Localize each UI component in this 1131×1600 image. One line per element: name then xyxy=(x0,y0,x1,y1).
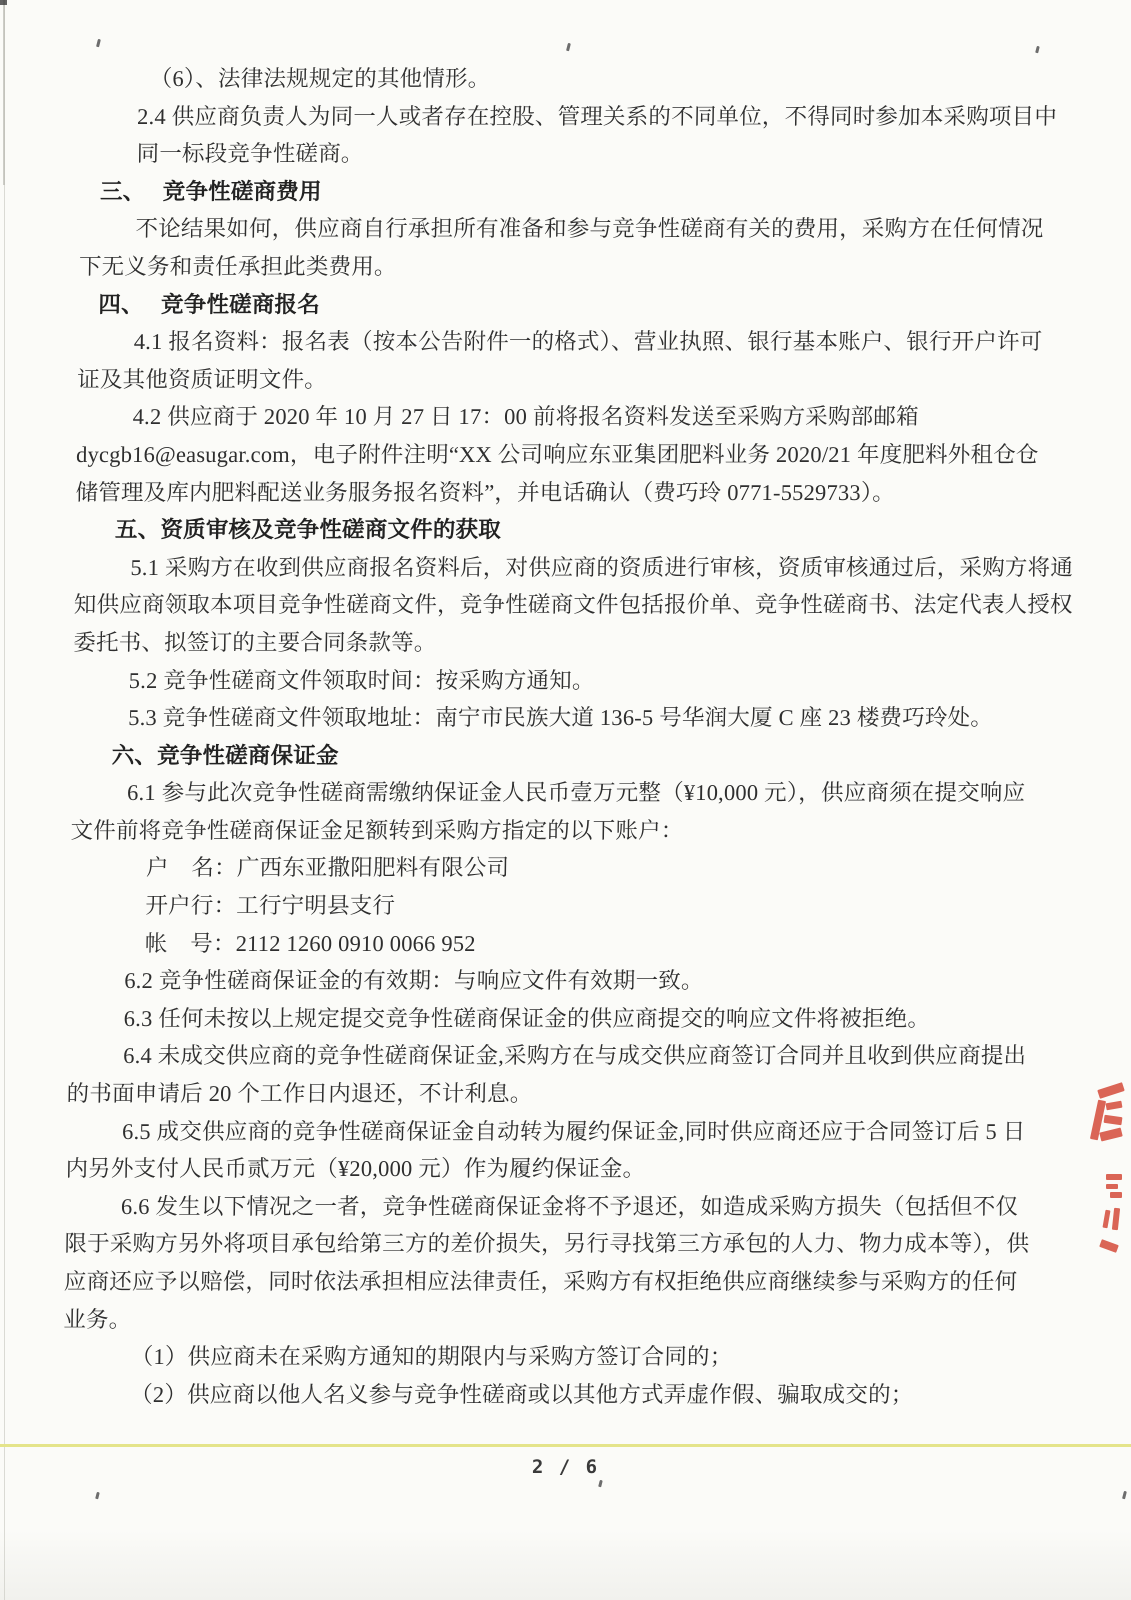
text-line: 开户行：工行宁明县支行 xyxy=(69,887,1075,925)
text-line: （1）供应商未在采购方通知的期限内与采购方签订合同的； xyxy=(62,1338,1068,1376)
text-line: 4.1 报名资料：报名表（按本公告附件一的格式）、营业执照、银行基本账户、银行开… xyxy=(78,323,1084,361)
text-line: 6.5 成交供应商的竞争性磋商保证金自动转为履约保证金,同时供应商还应于合同签订… xyxy=(66,1113,1072,1151)
scanned-document-page: { "page": { "number_label": "2 / 6", "fo… xyxy=(0,0,1131,1600)
scan-speck xyxy=(1035,46,1040,54)
scan-left-edge xyxy=(4,0,5,1600)
text-line: 同一标段竞争性磋商。 xyxy=(80,135,1086,173)
text-line: 应商还应予以赔偿，同时依法承担相应法律责任，采购方有权拒绝供应商继续参与采购方的… xyxy=(64,1263,1070,1301)
text-line: （2）供应商以他人名义参与竞争性磋商或以其他方式弄虚作假、骗取成交的； xyxy=(62,1376,1068,1414)
text-line: 5.1 采购方在收到供应商报名资料后，对供应商的资质进行审核，资质审核通过后，采… xyxy=(74,549,1080,587)
scan-speck xyxy=(96,39,101,47)
document-text-block: （6）、法律法规规定的其他情形。2.4 供应商负责人为同一人或者存在控股、管理关… xyxy=(62,60,1087,1413)
scan-left-edge-dark xyxy=(3,0,5,185)
text-line: 业务。 xyxy=(63,1301,1069,1339)
text-line: 知供应商领取本项目竞争性磋商文件，竞争性磋商文件包括报价单、竞争性磋商书、法定代… xyxy=(74,586,1080,624)
text-line: 证及其他资质证明文件。 xyxy=(77,361,1083,399)
scan-bottom-texture xyxy=(0,1530,1131,1600)
scan-speck xyxy=(598,1480,603,1488)
text-line: 2.4 供应商负责人为同一人或者存在控股、管理关系的不同单位，不得同时参加本采购… xyxy=(81,98,1087,136)
text-line: 6.1 参与此次竞争性磋商需缴纳保证金人民币壹万元整（¥10,000 元），供应… xyxy=(71,774,1077,812)
text-line: 下无义务和责任承担此类费用。 xyxy=(79,248,1085,286)
text-line: 四、 竞争性磋商报名 xyxy=(78,286,1084,324)
text-line: 五、资质审核及竞争性磋商文件的获取 xyxy=(75,511,1081,549)
text-line: 5.3 竞争性磋商文件领取地址：南宁市民族大道 136-5 号华润大厦 C 座 … xyxy=(72,699,1078,737)
text-line: 限于采购方另外将项目承包给第三方的差价损失，另行寻找第三方承包的人力、物力成本等… xyxy=(64,1225,1070,1263)
text-line: 三、 竞争性磋商费用 xyxy=(80,173,1086,211)
text-line: 6.4 未成交供应商的竞争性磋商保证金,采购方在与成交供应商签订合同并且收到供应… xyxy=(67,1037,1073,1075)
text-line: 4.2 供应商于 2020 年 10 月 27 日 17：00 前将报名资料发送… xyxy=(76,398,1082,436)
text-line: 的书面申请后 20 个工作日内退还，不计利息。 xyxy=(66,1075,1072,1113)
text-line: 不论结果如何，供应商自行承担所有准备和参与竞争性磋商有关的费用，采购方在任何情况 xyxy=(79,210,1085,248)
text-line: 5.2 竞争性磋商文件领取时间：按采购方通知。 xyxy=(73,662,1079,700)
text-line: 户 名：广西东亚撒阳肥料有限公司 xyxy=(70,849,1076,887)
scan-speck xyxy=(95,1492,100,1500)
text-line: 内另外支付人民币贰万元（¥20,000 元）作为履约保证金。 xyxy=(65,1150,1071,1188)
red-stamp-fragment xyxy=(1080,1078,1131,1258)
text-line: 6.2 竞争性磋商保证金的有效期：与响应文件有效期一致。 xyxy=(68,962,1074,1000)
scan-speck xyxy=(566,43,571,51)
text-line: 委托书、拟签订的主要合同条款等。 xyxy=(73,624,1079,662)
text-line: dycgb16@easugar.com，电子附件注明“XX 公司响应东亚集团肥料… xyxy=(76,436,1082,474)
text-line: 帐 号：2112 1260 0910 0066 952 xyxy=(69,925,1075,963)
scan-speck xyxy=(1122,1491,1127,1499)
text-line: 6.6 发生以下情况之一者，竞争性磋商保证金将不予退还，如造成采购方损失（包括但… xyxy=(65,1188,1071,1226)
page-number: 2 / 6 xyxy=(0,1456,1131,1478)
scan-corner-mark xyxy=(0,0,7,5)
footer-separator-line xyxy=(0,1444,1131,1447)
text-line: 储管理及库内肥料配送业务服务报名资料”，并电话确认（费巧玲 0771-55297… xyxy=(75,474,1081,512)
text-line: 文件前将竞争性磋商保证金足额转到采购方指定的以下账户： xyxy=(70,812,1076,850)
text-line: （6）、法律法规规定的其他情形。 xyxy=(81,60,1087,98)
text-line: 6.3 任何未按以上规定提交竞争性磋商保证金的供应商提交的响应文件将被拒绝。 xyxy=(67,1000,1073,1038)
text-line: 六、竞争性磋商保证金 xyxy=(71,737,1077,775)
